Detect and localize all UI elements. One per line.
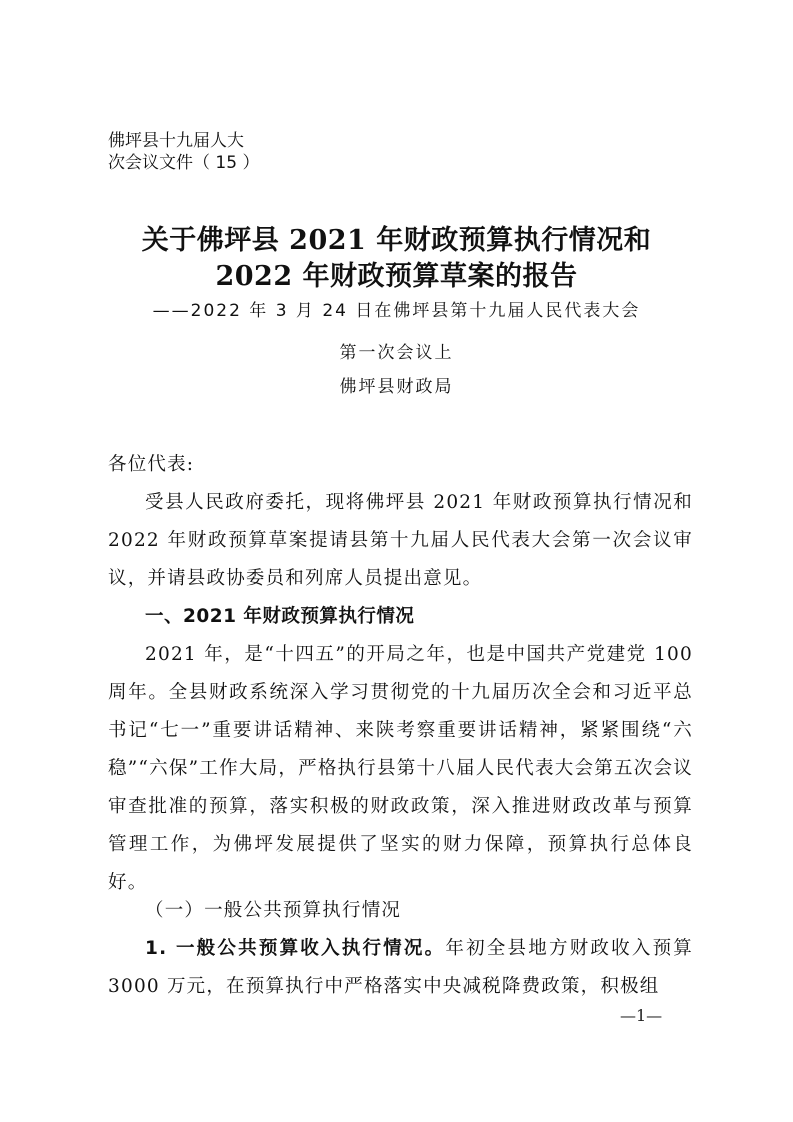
intro-paragraph: 受县人民政府委托，现将佛坪县 2021 年财政预算执行情况和 2022 年财政预… [108,484,693,598]
report-author: 佛坪县财政局 [0,372,793,397]
document-file-label: 佛坪县十九届人大 次会议文件（ 15 ） [108,130,259,174]
section-heading-1: 一、2021 年财政预算执行情况 [145,598,730,636]
subsection-heading-1: （一）一般公共预算执行情况 [145,892,730,930]
report-subtitle-line-2: 第一次会议上 [0,338,793,363]
report-title-line-1: 关于佛坪县 2021 年财政预算执行情况和 [0,218,793,257]
item-1-lead: 1. 一般公共预算收入执行情况。 [145,938,445,959]
file-label-line-2: 次会议文件（ 15 ） [108,152,259,174]
report-subtitle-line-1: ——2022 年 3 月 24 日在佛坪县第十九届人民代表大会 [0,296,793,321]
report-title-line-2: 2022 年财政预算草案的报告 [0,254,793,293]
page-number: —1— [620,1006,662,1025]
document-page: 佛坪县十九届人大 次会议文件（ 15 ） 关于佛坪县 2021 年财政预算执行情… [0,0,793,1122]
file-label-line-1: 佛坪县十九届人大 [108,130,259,152]
section-1-paragraph: 2021 年，是“十四五”的开局之年，也是中国共产党建党 100 周年。全县财政… [108,636,693,902]
salutation: 各位代表: [108,446,693,484]
item-1-paragraph: 1. 一般公共预算收入执行情况。年初全县地方财政收入预算 3000 万元，在预算… [108,930,693,1006]
